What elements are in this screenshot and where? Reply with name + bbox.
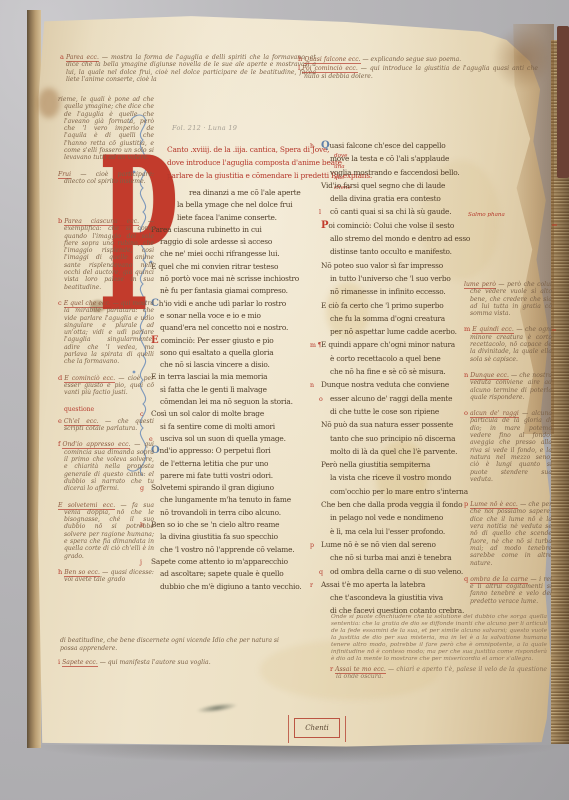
reference-letter: h: [58, 568, 62, 576]
reference-letter: h: [298, 55, 302, 63]
verse-line: nō trovandoli in terra cibo alcuno.: [160, 507, 326, 519]
reference-letter: r: [310, 579, 313, 592]
bottom-commentary-block: Onde si puote conchiudere che la solutio…: [331, 614, 547, 663]
reference-letter: n: [464, 371, 468, 379]
red-edge-mark: [552, 224, 557, 226]
gloss-entry: qombra de la carne — i rei e li altrui c…: [464, 576, 552, 605]
gloss-entry: Frui — cioè participare: dilecto col spi…: [58, 171, 154, 186]
gloss-entry: oalcun de' raggi — alcuna particula de l…: [464, 410, 552, 483]
gloss-entry: hQuasi falcone ecc. — explicando segue s…: [298, 56, 538, 63]
gloss-entry: fOnd'io appresso ecc. — qui comincia sua…: [58, 441, 154, 492]
bottom-gloss-entry-r: rAssai te mo ecc. — chiarì e aperto t'è,…: [330, 666, 547, 690]
gloss-entry: iSapete ecc. — qui manifesta l'autore su…: [58, 659, 328, 666]
lemma: Ch'el ecc.: [64, 418, 99, 426]
gloss-entry: pLume nō è ecc. — che per che noi possia…: [464, 501, 552, 567]
pencil-foliation-note: Fol. 212 · Luna 19: [172, 124, 312, 132]
verse-line: E in terra lasciai la mia memoria: [151, 371, 326, 383]
binding-cover-edge: [557, 26, 569, 178]
lemma: E solvetemi ecc.: [58, 502, 115, 510]
reference-letter: r: [330, 665, 333, 673]
lemma: Ben so ecc.: [64, 569, 100, 577]
gloss-entry: nDunque ecc. — che nostra veduta convien…: [464, 372, 552, 401]
reference-letter: e: [58, 417, 62, 425]
lemma: Quasi falcone ecc.: [304, 56, 360, 64]
verse-line: E quel che mi convien ritrar testeso: [151, 261, 326, 273]
reference-letter: p: [310, 539, 314, 552]
verse-line: cōmendan lei ma nō seguon la storia.: [160, 396, 326, 408]
book-shadow: [34, 745, 560, 763]
margin-gloss-right-column: lume però — però che colui che vedere vu…: [464, 281, 552, 614]
verse-line: la bella ymage che nel dolce frui: [177, 199, 326, 211]
reference-letter: d: [58, 374, 62, 382]
verse-line: Poi cominciò: Colui che volse il sesto: [321, 219, 496, 232]
lemma: E quel che ecc.: [64, 300, 111, 308]
reference-letter: b: [58, 217, 62, 225]
reference-letter: a: [60, 53, 64, 61]
verse-line: cCosì un sol calor di molte brage: [151, 408, 326, 420]
lemma: alcun de' raggi: [470, 410, 519, 418]
verse-line: sono qui esaltato a quella gloria: [160, 347, 326, 359]
gloss-entry: mE quindi ecc. — che ogni minore creatur…: [464, 326, 552, 362]
verse-line: gSolvetemi spirando il gran digiuno: [151, 482, 326, 494]
gloss-entry: rAssai te mo ecc. — chiarì e aperto t'è,…: [330, 666, 547, 681]
verse-line: della divina gratia era contesto: [330, 192, 496, 205]
verse-line: che ne' miei occhi rifrangesse lui.: [160, 248, 326, 260]
verse-line: che lungamente m'ha tenuto in fame: [160, 494, 326, 506]
reference-letter: q: [464, 575, 468, 583]
gloss-entry: rieme, le quali è pone ad che quella yma…: [58, 96, 154, 162]
verse-line: e sonar nella voce e io e mio: [160, 310, 326, 322]
gloss-entry: lPoi cominciò ecc. — qui introduce la gi…: [298, 65, 538, 80]
reference-letter: i: [58, 658, 60, 666]
manuscript-photo: Fol. 212 · Luna 19 aParea ecc. — mostra …: [0, 0, 569, 800]
lemma: Lume nō è ecc.: [470, 501, 518, 509]
verse-line: Nō poteo suo valor sì far impresso: [321, 259, 496, 272]
verse-line: Ond'io appresso: O perpetui flori: [151, 445, 326, 457]
headnote-gloss-left-continuation: rieme, le quali è pone ad che quella yma…: [58, 96, 154, 194]
lemma: E cominciò ecc.: [64, 375, 115, 383]
verse-line: hBen so io che se 'n cielo altro reame: [151, 519, 326, 531]
verse-line: E cominciò: Per esser giusto e pio: [151, 335, 326, 347]
reference-letter: o: [319, 393, 323, 406]
gloss-entry: E solvetemi ecc. — fa sua venia doppia, …: [58, 502, 154, 560]
verse-line: Vid'io farsi quel segno che di laude: [321, 179, 496, 192]
reference-letter: q: [319, 566, 323, 579]
reference-letter: n: [310, 379, 314, 392]
catchword: Chenti: [305, 724, 329, 732]
catchword-box: Chenti: [294, 718, 340, 738]
reference-letter: l: [298, 64, 300, 72]
reference-letter: f: [58, 440, 60, 448]
lemma: Dunque ecc.: [470, 372, 509, 380]
marginal-red-note: Salmo phana: [468, 212, 540, 219]
verse-line: parere mi fate tutti vostri odori.: [160, 470, 326, 482]
verse-line: che nō si lascia vincere a disio.: [160, 359, 326, 371]
page-stain: [38, 88, 60, 118]
verse-line: de l'etterna letitia che pur uno: [160, 458, 326, 470]
verse-line: Ch'io vidi e anche udì parlar lo rostro: [151, 298, 326, 310]
verse-line: jSapete come attento io m'apparecchio: [151, 556, 326, 568]
verse-line: Parea ciascuna rubinetto in cui: [151, 224, 326, 236]
headnote-gloss-left: aParea ecc. — mostra la forma de l'agugl…: [60, 54, 316, 92]
verse-line: rea dinanzi a me cō l'ale aperte: [189, 187, 326, 199]
verse-line: allo stremo del mondo e dentro ad esso: [330, 232, 496, 245]
verse-line: hQuasi falcone ch'esce del cappello: [321, 139, 496, 152]
lemma: Frui: [58, 171, 71, 179]
verse-line: ad ascoltare; sapete quale è quello: [160, 568, 326, 580]
verse-line: che 'l vostro nō l'apprende cō velame.: [160, 544, 326, 556]
verse-line: sì fatta che le genti lì malvage: [160, 384, 326, 396]
reference-letter: c: [58, 299, 62, 307]
verse-column-1: rea dinanzi a me cō l'ale apertela bella…: [151, 187, 326, 593]
red-edge-mark: [552, 329, 556, 331]
reference-letter: p: [464, 500, 468, 508]
lemma: ombra de la carne: [470, 576, 528, 584]
reference-letter: o: [464, 409, 468, 417]
gloss-entry: eCh'el ecc. — che questi scripti cotale …: [58, 418, 154, 433]
verse-line: nè fu per fantasia giamai compreso.: [160, 285, 326, 297]
lemma: Poi cominciò ecc.: [302, 65, 358, 73]
gloss-entry: questione: [58, 406, 154, 413]
lemma: lume però: [464, 281, 496, 289]
colored-initial: Q: [321, 140, 330, 151]
lemma: Sapete ecc.: [62, 659, 98, 667]
lemma: Parea ciascuna ecc.: [64, 218, 139, 226]
gloss-entry: bParea ciascuna ecc. — exemplifica: che …: [58, 218, 154, 291]
colored-initial: P: [321, 220, 328, 231]
headnote-gloss-right: hQuasi falcone ecc. — explicando segue s…: [298, 56, 538, 82]
lemma: Assai te mo ecc.: [335, 666, 386, 674]
lemma: Ond'io appresso ecc.: [62, 441, 130, 449]
verse-line: raggio di sole ardesse sì acceso: [160, 236, 326, 248]
verse-line: dubbio che m'è digiuno a tanto vecchio.: [160, 581, 326, 593]
margin-gloss-left-column: bParea ciascuna ecc. — exemplifica: che …: [58, 218, 154, 592]
verse-line: nō portò voce mai nè scrisse inchiostro: [160, 273, 326, 285]
verse-line: la divina giustitia fa suo specchio: [160, 531, 326, 543]
gloss-entry: cE quel che ecc. — qui mostra la mirabil…: [58, 300, 154, 366]
reference-letter: m ¶: [310, 339, 321, 352]
verse-line: si fa sentire come di molti amori: [160, 421, 326, 433]
verse-line: distinse tanto occulto e manifesto.: [330, 245, 496, 258]
lemma: Parea ecc.: [66, 54, 99, 62]
verse-line: voglia mostrando e faccendosi bello.: [330, 166, 496, 179]
reference-letter: m: [464, 325, 470, 333]
reference-letter: h: [310, 140, 314, 153]
verse-line: move la testa e cō l'ali s'applaude: [330, 152, 496, 165]
verse-line: liete facea l'anime conserte.: [177, 212, 326, 224]
gloss-entry: lume però — però che colui che vedere vu…: [464, 281, 552, 317]
verse-line: eusciva sol un suon di quella ymage.: [160, 433, 326, 445]
gloss-entry: aParea ecc. — mostra la forma de l'agugl…: [60, 54, 316, 83]
gloss-entry: hBen so ecc. — quasi dicesse: voi avete …: [58, 569, 154, 584]
lemma: E quindi ecc.: [472, 326, 514, 334]
reference-letter: l: [319, 206, 321, 219]
verse-line: quand'era nel concetto noi e nostro.: [160, 322, 326, 334]
gloss-entry: dE cominciò ecc. — cioè per esser giusto…: [58, 375, 154, 397]
bottom-gloss-entry-i: iSapete ecc. — qui manifesta l'autore su…: [58, 659, 328, 675]
